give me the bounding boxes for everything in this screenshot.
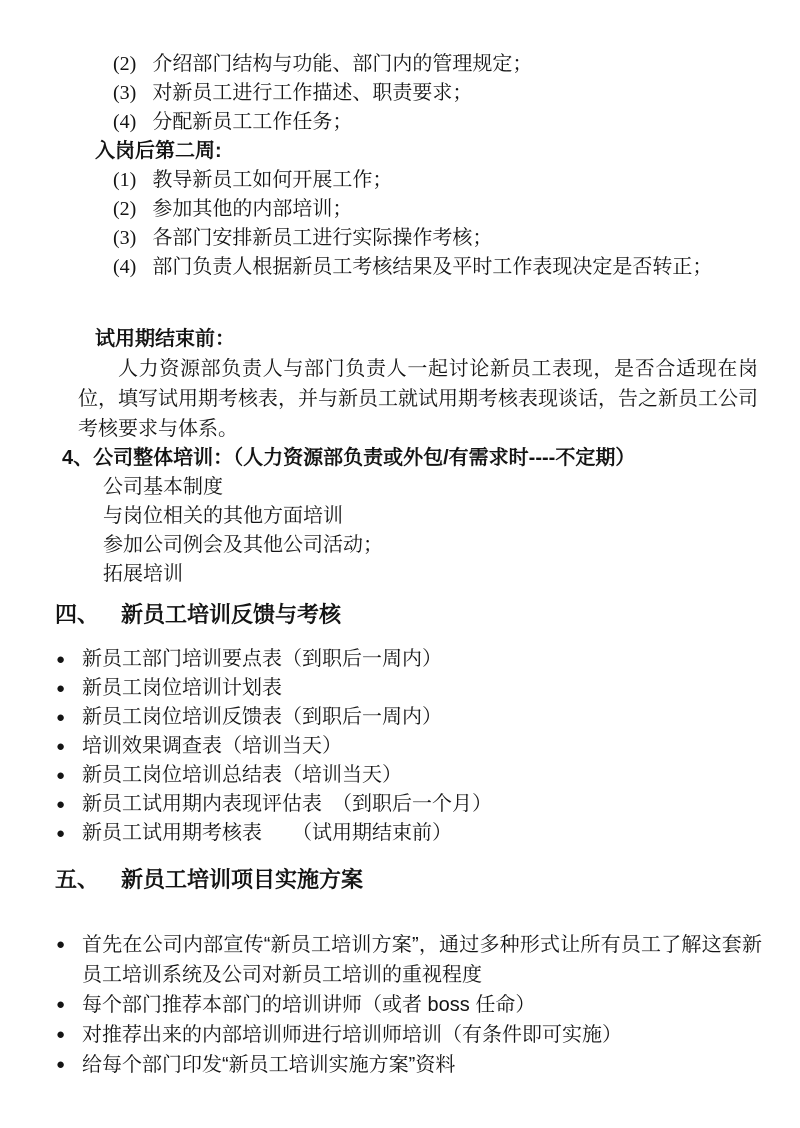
list-item: ●培训效果调查表（培训当天）	[0, 732, 800, 761]
bullet-icon: ●	[56, 674, 65, 703]
list-item: ●对推荐出来的内部培训师进行培训师培训（有条件即可实施）	[0, 1020, 800, 1050]
bullet-icon: ●	[56, 790, 65, 819]
item-text: 参加其他的内部培训；	[152, 198, 352, 220]
item4-subitem: 参加公司例会及其他公司活动；	[0, 531, 800, 560]
item-text: 给每个部门印发“新员工培训实施方案”资料	[82, 1054, 455, 1076]
list-item: ●给每个部门印发“新员工培训实施方案”资料	[0, 1050, 800, 1080]
item-text: 介绍部门结构与功能、部门内的管理规定；	[152, 53, 532, 75]
section5-title: 新员工培训项目实施方案	[121, 867, 363, 892]
bullet-icon: ●	[56, 1050, 65, 1080]
item4-subitem: 与岗位相关的其他方面培训	[0, 502, 800, 531]
item-number: (2)	[113, 50, 136, 79]
section4-heading: 四、新员工培训反馈与考核	[0, 599, 800, 631]
week2-subheading: 入岗后第二周:	[0, 137, 800, 166]
item4-heading: 4、公司整体培训：（人力资源部负责或外包/有需求时----不定期）	[0, 444, 800, 473]
list-item: (4)部门负责人根据新员工考核结果及平时工作表现决定是否转正；	[0, 253, 800, 282]
item-number: (4)	[113, 253, 136, 282]
list-item: ●每个部门推荐本部门的培训讲师（或者 boss 任命）	[0, 990, 800, 1020]
item-text: 每个部门推荐本部门的培训讲师（或者 boss 任命）	[82, 994, 535, 1016]
bullet-icon: ●	[56, 703, 65, 732]
item-text: 教导新员工如何开展工作；	[152, 169, 392, 191]
list-item: (4)分配新员工工作任务；	[0, 108, 800, 137]
bullet-icon: ●	[56, 645, 65, 674]
section4-title: 新员工培训反馈与考核	[121, 602, 341, 627]
section5-number: 五、	[55, 864, 99, 896]
list-item: ●新员工岗位培训总结表（培训当天）	[0, 761, 800, 790]
list-item: ●新员工部门培训要点表（到职后一周内）	[0, 645, 800, 674]
bullet-icon: ●	[56, 732, 65, 761]
bullet-icon: ●	[56, 930, 65, 960]
item-text: 对新员工进行工作描述、职责要求；	[152, 82, 472, 104]
section4-number: 四、	[55, 599, 99, 631]
item-text: 首先在公司内部宣传“新员工培训方案”，通过多种形式让所有员工了解这套新员工培训系…	[82, 934, 762, 986]
section5-heading: 五、新员工培训项目实施方案	[0, 864, 800, 896]
list-item: ●新员工岗位培训计划表	[0, 674, 800, 703]
item-text: 部门负责人根据新员工考核结果及平时工作表现决定是否转正；	[152, 256, 712, 278]
list-item: (3)各部门安排新员工进行实际操作考核；	[0, 224, 800, 253]
list-item: (2)介绍部门结构与功能、部门内的管理规定；	[0, 50, 800, 79]
list-item: (3)对新员工进行工作描述、职责要求；	[0, 79, 800, 108]
item-number: (4)	[113, 108, 136, 137]
item-number: (2)	[113, 195, 136, 224]
item-number: (3)	[113, 79, 136, 108]
item4-subitem: 拓展培训	[0, 560, 800, 589]
item-text: 培训效果调查表（培训当天）	[82, 735, 342, 757]
list-item: (1)教导新员工如何开展工作；	[0, 166, 800, 195]
probation-paragraph: 人力资源部负责人与部门负责人一起讨论新员工表现，是否合适现在岗位，填写试用期考核…	[0, 354, 800, 444]
item4-subitem: 公司基本制度	[0, 473, 800, 502]
item-text: 新员工部门培训要点表（到职后一周内）	[82, 648, 442, 670]
document-page: (2)介绍部门结构与功能、部门内的管理规定； (3)对新员工进行工作描述、职责要…	[0, 0, 800, 1128]
section4-bullet-list: ●新员工部门培训要点表（到职后一周内） ●新员工岗位培训计划表 ●新员工岗位培训…	[0, 645, 800, 848]
list-item: ●新员工岗位培训反馈表（到职后一周内）	[0, 703, 800, 732]
item-text: 分配新员工工作任务；	[152, 111, 352, 133]
list-item: ●新员工试用期内表现评估表 （到职后一个月）	[0, 790, 800, 819]
item-text: 新员工岗位培训计划表	[82, 677, 282, 699]
item-text: 新员工岗位培训总结表（培训当天）	[82, 764, 402, 786]
bullet-icon: ●	[56, 761, 65, 790]
bullet-icon: ●	[56, 1020, 65, 1050]
item-text: 对推荐出来的内部培训师进行培训师培训（有条件即可实施）	[82, 1024, 622, 1046]
list-item: ●首先在公司内部宣传“新员工培训方案”，通过多种形式让所有员工了解这套新员工培训…	[0, 930, 800, 990]
section5-bullet-list: ●首先在公司内部宣传“新员工培训方案”，通过多种形式让所有员工了解这套新员工培训…	[0, 930, 800, 1080]
item-text: 新员工试用期考核表 （试用期结束前）	[82, 822, 452, 844]
bullet-icon: ●	[56, 819, 65, 848]
item-number: (3)	[113, 224, 136, 253]
bullet-icon: ●	[56, 990, 65, 1020]
probation-subheading: 试用期结束前：	[0, 325, 800, 354]
item-text: 新员工岗位培训反馈表（到职后一周内）	[82, 706, 442, 728]
list-item: (2)参加其他的内部培训；	[0, 195, 800, 224]
item-text: 新员工试用期内表现评估表 （到职后一个月）	[82, 793, 492, 815]
list-item: ●新员工试用期考核表 （试用期结束前）	[0, 819, 800, 848]
item-number: (1)	[113, 166, 136, 195]
item-text: 各部门安排新员工进行实际操作考核；	[152, 227, 492, 249]
